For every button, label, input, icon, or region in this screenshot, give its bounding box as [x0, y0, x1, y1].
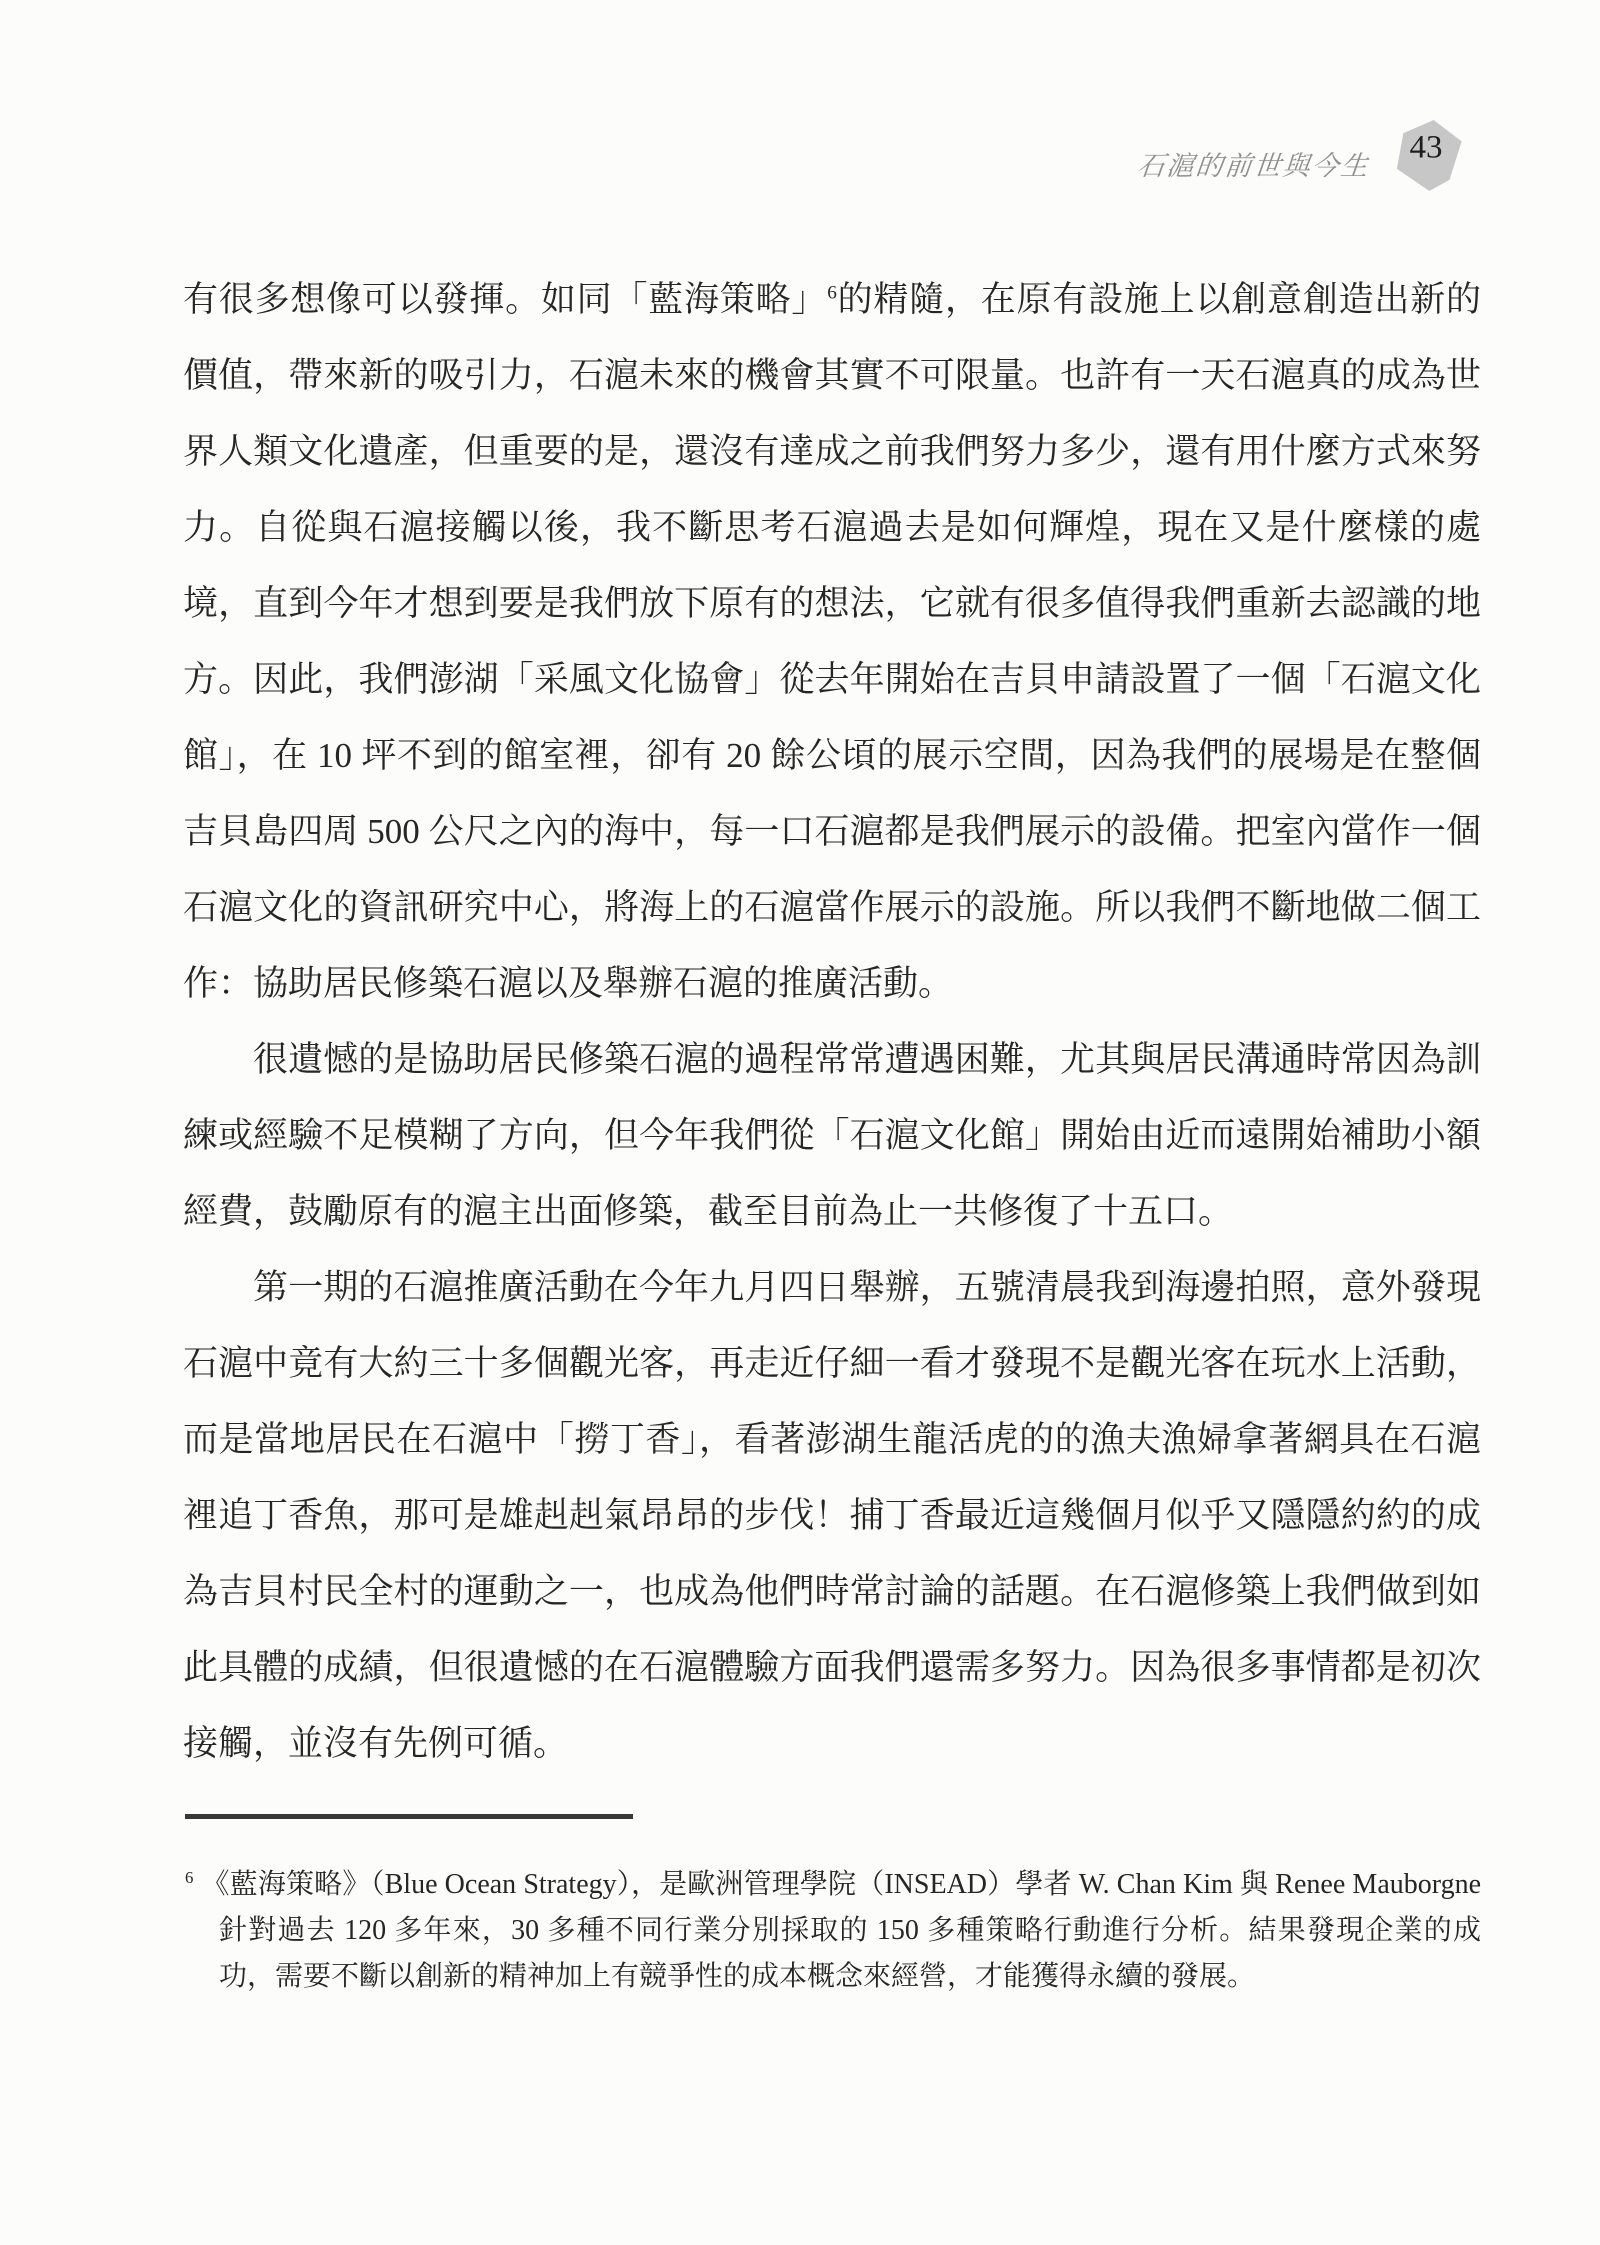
paragraph-1-post: 的精隨，在原有設施上以創意創造出新的價值，帶來新的吸引力，石滬未來的機會其實不可…	[183, 280, 1481, 1003]
paragraph-2: 很遺憾的是協助居民修築石滬的過程常常遭遇困難，尤其與居民溝通時常因為訓練或經驗不…	[183, 1022, 1481, 1250]
paragraph-1: 有很多想像可以發揮。如同「藍海策略」6的精隨，在原有設施上以創意創造出新的價值，…	[183, 262, 1481, 1022]
footnote-text: 《藍海策略》（Blue Ocean Strategy），是歐洲管理學院（INSE…	[201, 1869, 1481, 1992]
footnote-paragraph: 6《藍海策略》（Blue Ocean Strategy），是歐洲管理學院（INS…	[185, 1862, 1481, 2000]
footnote: 6《藍海策略》（Blue Ocean Strategy），是歐洲管理學院（INS…	[185, 1862, 1481, 2000]
footnote-marker: 6	[185, 1868, 193, 1887]
running-header-title: 石滬的前世與今生	[1018, 144, 1372, 183]
paragraph-1-pre: 有很多想像可以發揮。如同「藍海策略」	[183, 280, 827, 319]
footnote-reference: 6	[827, 282, 837, 303]
paragraph-3: 第一期的石滬推廣活動在今年九月四日舉辦，五號清晨我到海邊拍照，意外發現石滬中竟有…	[183, 1250, 1481, 1782]
book-page: 石滬的前世與今生 43 有很多想像可以發揮。如同「藍海策略」6的精隨，在原有設施…	[0, 0, 1600, 2245]
footnote-separator-rule	[185, 1814, 633, 1819]
page-number: 43	[1410, 130, 1443, 167]
page-number-badge: 43	[1394, 117, 1466, 191]
body-text: 有很多想像可以發揮。如同「藍海策略」6的精隨，在原有設施上以創意創造出新的價值，…	[183, 262, 1481, 1782]
